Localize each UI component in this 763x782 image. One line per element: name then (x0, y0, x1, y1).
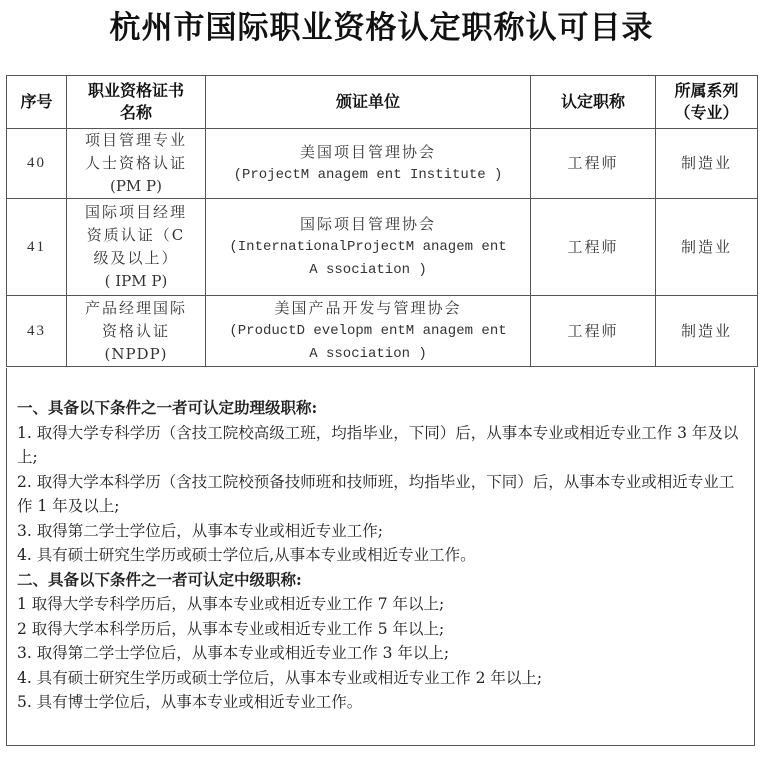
cert-name-line: 产品经理国际 (67, 297, 205, 320)
issuer-en: (InternationalProjectM anagem ent (206, 236, 530, 259)
row-seq: 43 (7, 296, 67, 367)
table-row: 41 国际项目经理 资质认证（C 级及以上） ( IPM P) 国际项目管理协会… (7, 199, 758, 296)
section2-item: 3. 取得第二学士学位后，从事本专业或相近专业工作 3 年以上; (17, 641, 744, 666)
conditions-notes: 一、具备以下条件之一者可认定助理级职称: 1. 取得大学专科学历（含技工院校高级… (6, 368, 755, 746)
header-seq: 序号 (7, 76, 67, 129)
section1-item: 4. 具有硕士研究生学历或硕士学位后,从事本专业或相近专业工作。 (17, 543, 744, 568)
table-header-row: 序号 职业资格证书名称 颁证单位 认定职称 所属系列（专业） (7, 76, 758, 129)
section1-heading: 一、具备以下条件之一者可认定助理级职称: (17, 396, 744, 421)
section2-item: 2 取得大学本科学历后，从事本专业或相近专业工作 5 年以上; (17, 617, 744, 642)
row-issuer: 美国产品开发与管理协会 (ProductD evelopm entM anage… (206, 296, 531, 367)
row-seq: 41 (7, 199, 67, 296)
row-title-level: 工程师 (531, 199, 656, 296)
cert-name-line: 级及以上） (67, 247, 205, 270)
section1-item: 1. 取得大学专科学历（含技工院校高级工班，均指毕业，下同）后，从事本专业或相近… (17, 421, 744, 470)
cert-name-line: (PM P) (67, 175, 205, 198)
section2-item: 5. 具有博士学位后，从事本专业或相近专业工作。 (17, 690, 744, 715)
cert-name-line: 人士资格认证 (67, 152, 205, 175)
cert-name-line: 国际项目经理 (67, 201, 205, 224)
issuer-en: A ssociation ) (206, 259, 530, 282)
header-issuer: 颁证单位 (206, 76, 531, 129)
row-title-level: 工程师 (531, 296, 656, 367)
issuer-en: (ProjectM anagem ent Institute ) (206, 164, 530, 187)
document-title: 杭州市国际职业资格认定职称认可目录 (0, 2, 763, 47)
issuer-en: A ssociation ) (206, 343, 530, 366)
header-cert-name: 职业资格证书名称 (67, 76, 206, 129)
row-series: 制造业 (656, 199, 758, 296)
header-cert-name-text: 职业资格证书名称 (86, 80, 186, 124)
row-series: 制造业 (656, 129, 758, 199)
header-title-level: 认定职称 (531, 76, 656, 129)
row-cert-name: 产品经理国际 资格认证 (NPDP) (67, 296, 206, 367)
cert-name-line: ( IPM P) (67, 270, 205, 293)
issuer-cn: 美国项目管理协会 (206, 141, 530, 164)
table-row: 43 产品经理国际 资格认证 (NPDP) 美国产品开发与管理协会 (Produ… (7, 296, 758, 367)
row-title-level: 工程师 (531, 129, 656, 199)
section1-item: 3. 取得第二学士学位后，从事本专业或相近专业工作; (17, 519, 744, 544)
row-issuer: 国际项目管理协会 (InternationalProjectM anagem e… (206, 199, 531, 296)
row-series: 制造业 (656, 296, 758, 367)
section2-item: 1 取得大学专科学历后，从事本专业或相近专业工作 7 年以上; (17, 592, 744, 617)
issuer-cn: 美国产品开发与管理协会 (206, 297, 530, 320)
row-cert-name: 项目管理专业 人士资格认证 (PM P) (67, 129, 206, 199)
table-row: 40 项目管理专业 人士资格认证 (PM P) 美国项目管理协会 (Projec… (7, 129, 758, 199)
row-cert-name: 国际项目经理 资质认证（C 级及以上） ( IPM P) (67, 199, 206, 296)
header-series: 所属系列（专业） (656, 76, 758, 129)
cert-name-line: 资格认证 (67, 320, 205, 343)
section1-item: 2. 取得大学本科学历（含技工院校预备技师班和技师班，均指毕业，下同）后，从事本… (17, 470, 744, 519)
header-series-text: 所属系列（专业） (666, 80, 748, 124)
certification-table: 序号 职业资格证书名称 颁证单位 认定职称 所属系列（专业） 40 项目管理专业… (6, 75, 758, 367)
issuer-cn: 国际项目管理协会 (206, 213, 530, 236)
issuer-en: (ProductD evelopm entM anagem ent (206, 320, 530, 343)
row-issuer: 美国项目管理协会 (ProjectM anagem ent Institute … (206, 129, 531, 199)
cert-name-line: 项目管理专业 (67, 129, 205, 152)
cert-name-line: 资质认证（C (67, 224, 205, 247)
row-seq: 40 (7, 129, 67, 199)
section2-item: 4. 具有硕士研究生学历或硕士学位后，从事本专业或相近专业工作 2 年以上; (17, 666, 744, 691)
cert-name-line: (NPDP) (67, 343, 205, 366)
section2-heading: 二、具备以下条件之一者可认定中级职称: (17, 568, 744, 593)
